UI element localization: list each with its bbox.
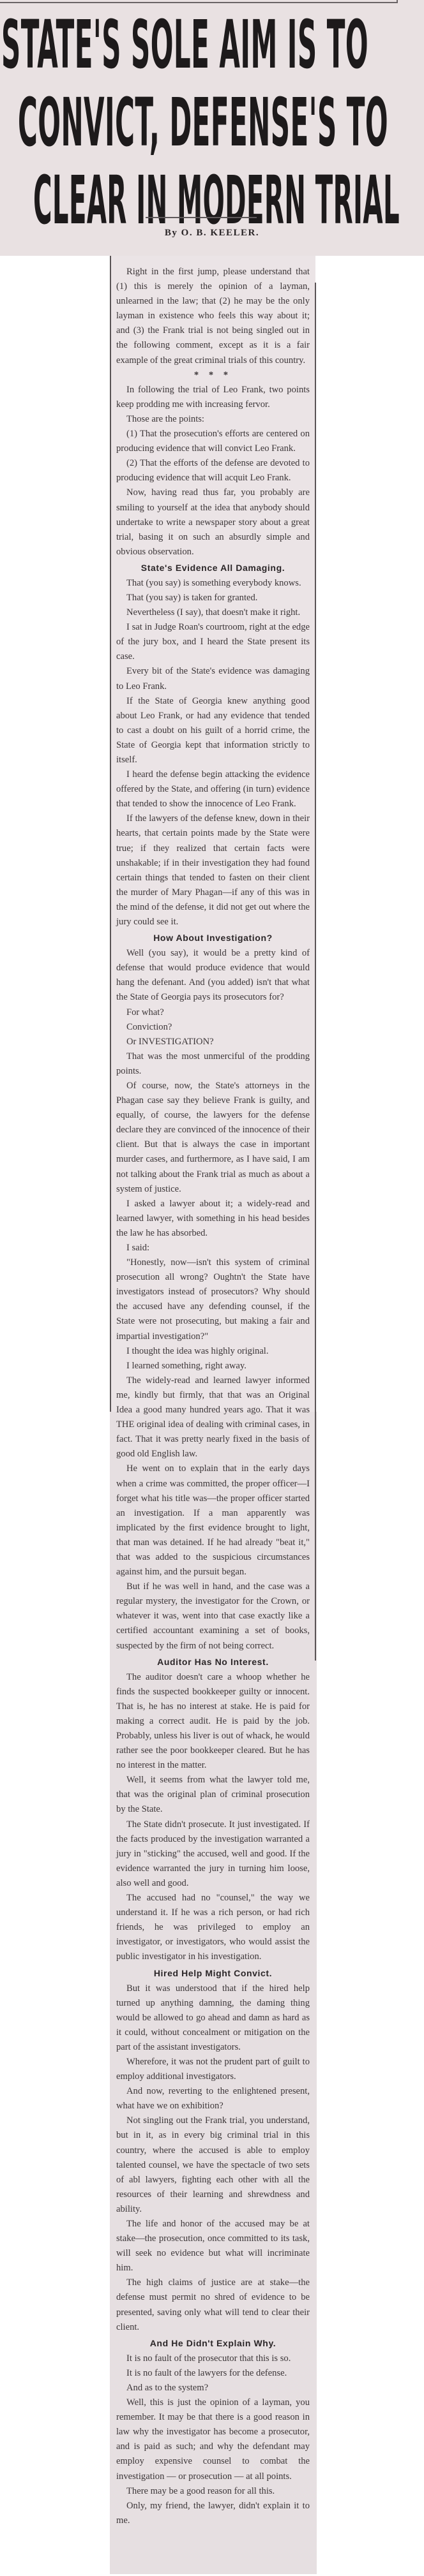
paragraph: (2) That the efforts of the defense are … <box>116 456 310 485</box>
paragraph: I asked a lawyer about it; a widely-read… <box>116 1197 310 1241</box>
subhead: And He Didn't Explain Why. <box>116 2337 310 2350</box>
paragraph: I sat in Judge Roan's courtroom, right a… <box>116 620 310 664</box>
paragraph: Only, my friend, the lawyer, didn't expl… <box>116 2499 310 2528</box>
paragraph: Of course, now, the State's attorneys in… <box>116 1079 310 1197</box>
paragraph: The State didn't prosecute. It just inve… <box>116 1817 310 1891</box>
paragraph: (1) That the prosecution's efforts are c… <box>116 427 310 456</box>
paragraph: And now, reverting to the enlightened pr… <box>116 2084 310 2113</box>
paragraph: Well (you say), it would be a pretty kin… <box>116 946 310 1005</box>
paragraph: In following the trial of Leo Frank, two… <box>116 383 310 412</box>
paragraph: That (you say) is something everybody kn… <box>116 576 310 591</box>
paragraph: I thought the idea was highly original. <box>116 1344 310 1359</box>
paragraph: Not singling out the Frank trial, you un… <box>116 2113 310 2217</box>
paragraph: Nevertheless (I say), that doesn't make … <box>116 605 310 620</box>
paragraph: But it was understood that if the hired … <box>116 1981 310 2055</box>
paragraph: Every bit of the State's evidence was da… <box>116 664 310 693</box>
paragraph: There may be a good reason for all this. <box>116 2484 310 2499</box>
paragraph: Those are the points: <box>116 412 310 427</box>
paragraph: It is no fault of the prosecutor that th… <box>116 2351 310 2366</box>
paragraph: I said: <box>116 1241 310 1255</box>
paragraph: Well, it seems from what the lawyer told… <box>116 1773 310 1817</box>
article-body: Right in the first jump, please understa… <box>111 256 315 2528</box>
paragraph: "Honestly, now—isn't this system of crim… <box>116 1255 310 1344</box>
paragraph: The auditor doesn't care a whoop whether… <box>116 1670 310 1773</box>
paragraph: Now, having read thus far, you probably … <box>116 485 310 559</box>
paragraph: If the State of Georgia knew anything go… <box>116 694 310 767</box>
headline-section: STATE'S SOLE AIM IS TO CONVICT, DEFENSE'… <box>0 0 424 256</box>
paragraph: For what? <box>116 1005 310 1020</box>
paragraph: Conviction? <box>116 1020 310 1035</box>
paragraph: The life and honor of the accused may be… <box>116 2217 310 2276</box>
paragraph: The widely-read and learned lawyer infor… <box>116 1373 310 1462</box>
paragraph: Right in the first jump, please understa… <box>116 265 310 368</box>
paragraph: It is no fault of the lawyers for the de… <box>116 2366 310 2381</box>
byline-divider <box>146 217 257 218</box>
box-border-corner <box>397 0 398 3</box>
paragraph: I heard the defense begin attacking the … <box>116 767 310 811</box>
paragraph: He went on to explain that in the early … <box>116 1462 310 1580</box>
paragraph: I learned something, right away. <box>116 1359 310 1373</box>
subhead: Auditor Has No Interest. <box>116 1655 310 1668</box>
subhead: State's Evidence All Damaging. <box>116 561 310 574</box>
section-break-stars: * * * <box>116 368 310 383</box>
paragraph: The accused had no "counsel," the way we… <box>116 1891 310 1964</box>
headline-line-2: CONVICT, DEFENSE'S TO <box>18 89 388 156</box>
subhead: Hired Help Might Convict. <box>116 1967 310 1980</box>
paragraph: That was the most unmerciful of the prod… <box>116 1049 310 1079</box>
subhead: How About Investigation? <box>116 931 310 944</box>
paragraph: That (you say) is taken for granted. <box>116 591 310 605</box>
paragraph: If the lawyers of the defense knew, down… <box>116 811 310 929</box>
byline: By O. B. KEELER. <box>0 228 424 239</box>
box-border-rule <box>0 2 398 3</box>
paragraph: Or INVESTIGATION? <box>116 1035 310 1049</box>
paragraph: And as to the system? <box>116 2381 310 2395</box>
paragraph: The high claims of justice are at stake—… <box>116 2276 310 2334</box>
article-column: Right in the first jump, please understa… <box>110 256 315 2574</box>
paragraph: Well, this is just the opinion of a laym… <box>116 2395 310 2484</box>
paragraph: Wherefore, it was not the prudent part o… <box>116 2055 310 2084</box>
headline-line-3: CLEAR IN MODERN TRIAL <box>33 167 400 233</box>
paragraph: But if he was well in hand, and the case… <box>116 1580 310 1653</box>
headline-line-1: STATE'S SOLE AIM IS TO <box>1 11 368 78</box>
